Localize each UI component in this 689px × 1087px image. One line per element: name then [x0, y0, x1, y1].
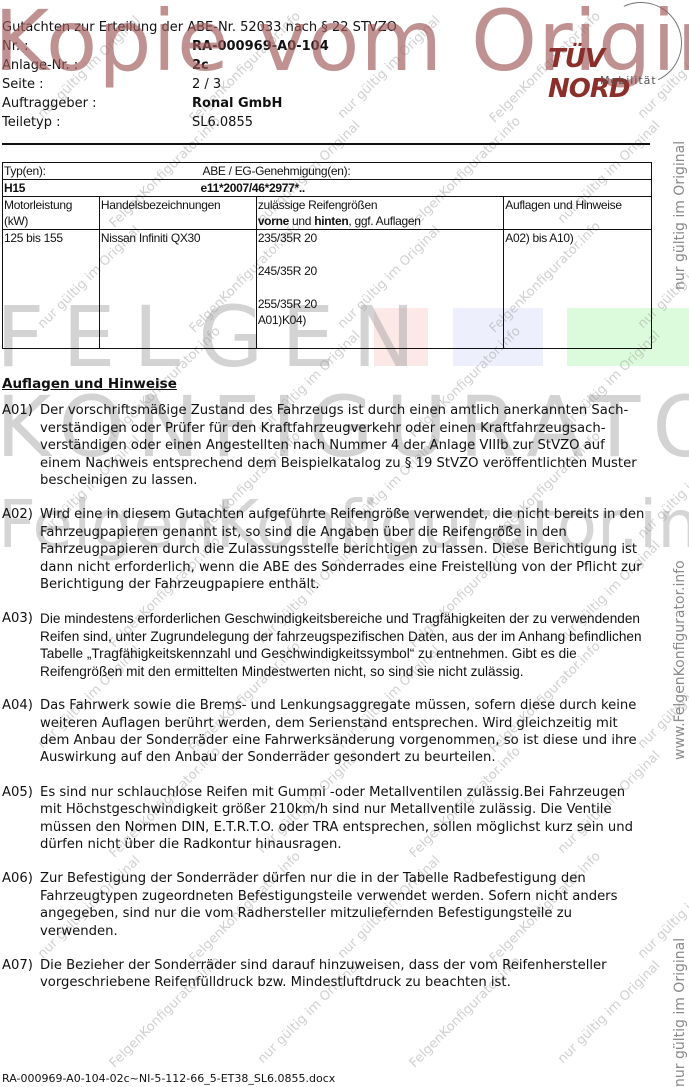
- note-item: A06)Zur Befestigung der Sonderräder dürf…: [2, 870, 650, 940]
- note-code: A06): [2, 870, 40, 940]
- note-text: Es sind nur schlauchlose Reifen mit Gumm…: [40, 784, 650, 854]
- cell-tyres: 235/35R 20245/35R 20255/35R 20A01)K04): [256, 230, 503, 349]
- approval-table: Typ(en): ABE / EG-Genehmigung(en): H15 e…: [2, 162, 652, 349]
- notes-section: Auflagen und Hinweise A01)Der vorschrift…: [2, 376, 650, 1009]
- note-code: A05): [2, 784, 40, 854]
- tyre-size: 245/35R 20: [258, 263, 502, 279]
- cell-power: 125 bis 155: [3, 230, 100, 349]
- cell-trade: Nissan Infiniti QX30: [99, 230, 256, 349]
- note-item: A07)Die Bezieher der Sonderräder sind da…: [2, 957, 650, 992]
- logo-subtitle: Mobilität: [600, 74, 657, 87]
- header-field-label: Auftraggeber :: [2, 94, 192, 113]
- note-text: Zur Befestigung der Sonderräder dürfen n…: [40, 870, 650, 940]
- note-item: A05)Es sind nur schlauchlose Reifen mit …: [2, 784, 650, 854]
- header-field-row: Auftraggeber :Ronal GmbH: [2, 94, 602, 113]
- note-text: Der vorschriftsmäßige Zustand des Fahrze…: [40, 402, 650, 489]
- typ-label: Typ(en):: [4, 164, 46, 178]
- header-field-row: Teiletyp :SL6.0855: [2, 113, 602, 132]
- typ-value-row: H15 e11*2007/46*2977*..: [3, 180, 652, 197]
- header-field-label: Teiletyp :: [2, 113, 192, 132]
- note-text: Die mindestens erforderlichen Geschwindi…: [40, 610, 650, 680]
- document-title: Gutachten zur Erteilung der ABE-Nr. 5203…: [2, 18, 602, 37]
- watermark-side-bottom: nur gültig im Original: [672, 938, 688, 1087]
- tyre-size: 255/35R 20: [258, 296, 502, 312]
- approval-label: ABE / EG-Genehmigung(en):: [203, 163, 351, 179]
- note-item: A03)Die mindestens erforderlichen Geschw…: [2, 610, 650, 680]
- header-field-value: 2c: [192, 56, 209, 75]
- note-item: A04)Das Fahrwerk sowie die Brems- und Le…: [2, 697, 650, 767]
- col-notes-header: Auflagen und Hinweise: [504, 197, 652, 230]
- col-trade-header: Handelsbezeichnungen: [99, 197, 256, 230]
- note-item: A02)Wird eine in diesem Gutachten aufgef…: [2, 506, 650, 593]
- note-code: A04): [2, 697, 40, 767]
- header-field-label: Nr. :: [2, 37, 192, 56]
- approval-value: e11*2007/46*2977*..: [201, 180, 305, 196]
- note-text: Wird eine in diesem Gutachten aufgeführt…: [40, 506, 650, 593]
- watermark-side-top: nur gültig im Original: [672, 141, 688, 290]
- header-field-label: Anlage-Nr. :: [2, 56, 192, 75]
- header-field-value: SL6.0855: [192, 113, 253, 132]
- col-power-header: Motorleistung(kW): [3, 197, 100, 230]
- note-item: A01)Der vorschriftsmäßige Zustand des Fa…: [2, 402, 650, 489]
- col-tyres-header: zulässige Reifengrößen vorne und hinten,…: [256, 197, 503, 230]
- typ-value: H15: [4, 181, 25, 195]
- tyre-size: 235/35R 20: [258, 230, 502, 246]
- header-field-row: Anlage-Nr. :2c: [2, 56, 602, 75]
- column-header-row: Motorleistung(kW) Handelsbezeichnungen z…: [3, 197, 652, 230]
- note-code: A03): [2, 610, 40, 680]
- header-divider: [2, 143, 650, 145]
- note-text: Die Bezieher der Sonderräder sind darauf…: [40, 957, 650, 992]
- typ-header-row: Typ(en): ABE / EG-Genehmigung(en):: [3, 163, 652, 180]
- note-code: A01): [2, 402, 40, 489]
- table-row: 125 bis 155Nissan Infiniti QX30235/35R 2…: [3, 230, 652, 349]
- document-header: Gutachten zur Erteilung der ABE-Nr. 5203…: [2, 18, 602, 132]
- notes-heading: Auflagen und Hinweise: [2, 376, 650, 393]
- note-code: A07): [2, 957, 40, 992]
- header-field-row: Seite :2 / 3: [2, 75, 602, 94]
- tyre-size: A01)K04): [258, 312, 502, 328]
- cell-notes: A02) bis A10): [504, 230, 652, 349]
- watermark-side-middle: www.FelgenKonfigurator.info: [672, 560, 688, 760]
- header-field-value: Ronal GmbH: [192, 94, 282, 113]
- tuev-nord-logo: TÜV NORD Mobilität: [548, 44, 689, 104]
- header-field-value: 2 / 3: [192, 75, 221, 94]
- footer-filename: RA-000969-A0-104-02c~NI-5-112-66_5-ET38_…: [2, 1072, 335, 1085]
- header-field-value: RA-000969-A0-104: [192, 37, 329, 56]
- note-text: Das Fahrwerk sowie die Brems- und Lenkun…: [40, 697, 650, 767]
- note-code: A02): [2, 506, 40, 593]
- header-field-row: Nr. :RA-000969-A0-104: [2, 37, 602, 56]
- header-field-label: Seite :: [2, 75, 192, 94]
